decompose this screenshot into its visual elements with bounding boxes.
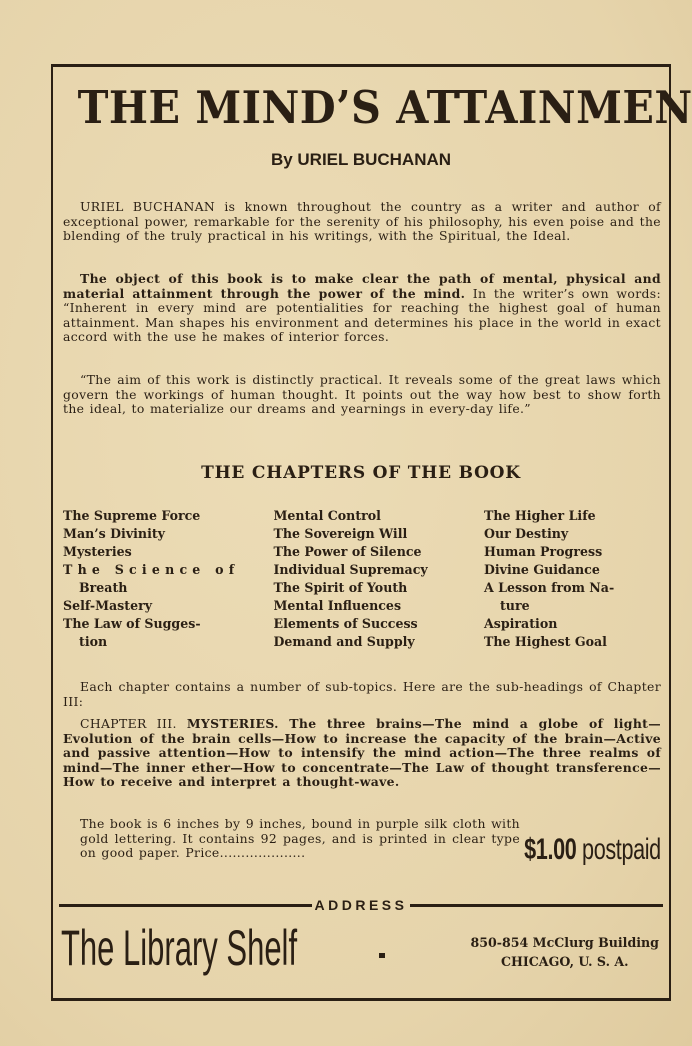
chapter-item: The Power of Silence (273, 543, 483, 561)
chapter-item: The Higher Life (484, 507, 661, 525)
chapter-item-continuation: tion (63, 633, 273, 651)
divider-line-left (59, 904, 312, 907)
chapter-item: The Law of Sugges- (63, 615, 273, 633)
divider-line-right (410, 904, 663, 907)
chapter-item: Aspiration (484, 615, 661, 633)
chapter-column-2: Mental Control The Sovereign Will The Po… (273, 507, 483, 651)
address-label: ADDRESS (312, 897, 411, 913)
chapter-item: The Science of (63, 561, 273, 579)
chapter-item: Mental Influences (273, 597, 483, 615)
chapter-item: Individual Supremacy (273, 561, 483, 579)
separator-dash (379, 953, 385, 958)
address-divider: ADDRESS (59, 897, 663, 913)
chapter-item: Mysteries (63, 543, 273, 561)
chapter-three-subtopics: CHAPTER III. MYSTERIES. The three brains… (63, 717, 661, 790)
chapter-item: Demand and Supply (273, 633, 483, 651)
chapter-column-3: The Higher Life Our Destiny Human Progre… (484, 507, 661, 651)
chapter-list: The Supreme Force Man’s Divinity Mysteri… (63, 507, 661, 651)
address-line-1: 850-854 McClurg Building (470, 933, 659, 952)
chapter-item: Divine Guidance (484, 561, 661, 579)
chapter-title: MYSTERIES. (187, 716, 279, 731)
book-object-paragraph: The object of this book is to make clear… (63, 272, 661, 345)
book-title: THE MIND’S ATTAINMENT (78, 81, 645, 134)
book-aim-paragraph: “The aim of this work is distinctly prac… (63, 373, 661, 417)
address-line-2: CHICAGO, U. S. A. (470, 952, 659, 971)
chapter-item: Our Destiny (484, 525, 661, 543)
publisher-address: 850-854 McClurg Building CHICAGO, U. S. … (470, 933, 659, 971)
advertisement-frame: THE MIND’S ATTAINMENT By URIEL BUCHANAN … (51, 64, 671, 1001)
chapter-label: CHAPTER III. (80, 716, 187, 731)
chapter-item: The Spirit of Youth (273, 579, 483, 597)
chapter-item: A Lesson from Na- (484, 579, 661, 597)
chapter-item: Man’s Divinity (63, 525, 273, 543)
price-suffix: postpaid (577, 833, 661, 866)
publisher-name: The Library Shelf (61, 919, 297, 977)
chapter-item: The Supreme Force (63, 507, 273, 525)
book-description: The book is 6 inches by 9 inches, bound … (80, 817, 520, 861)
chapter-item: The Sovereign Will (273, 525, 483, 543)
chapter-item: Self-Mastery (63, 597, 273, 615)
subtopics-intro: Each chapter contains a number of sub-to… (63, 680, 661, 709)
author-intro-paragraph: URIEL BUCHANAN is known throughout the c… (63, 200, 661, 244)
chapter-item: Human Progress (484, 543, 661, 561)
price: $1.00 postpaid (524, 833, 661, 867)
author-byline: By URIEL BUCHANAN (53, 150, 669, 170)
chapter-item: Elements of Success (273, 615, 483, 633)
chapter-item: The Highest Goal (484, 633, 661, 651)
chapters-heading: THE CHAPTERS OF THE BOOK (53, 463, 669, 483)
chapter-item: Mental Control (273, 507, 483, 525)
chapter-column-1: The Supreme Force Man’s Divinity Mysteri… (63, 507, 273, 651)
price-amount: $1.00 (524, 833, 576, 866)
chapter-item-continuation: ture (484, 597, 661, 615)
chapter-item-continuation: Breath (63, 579, 273, 597)
